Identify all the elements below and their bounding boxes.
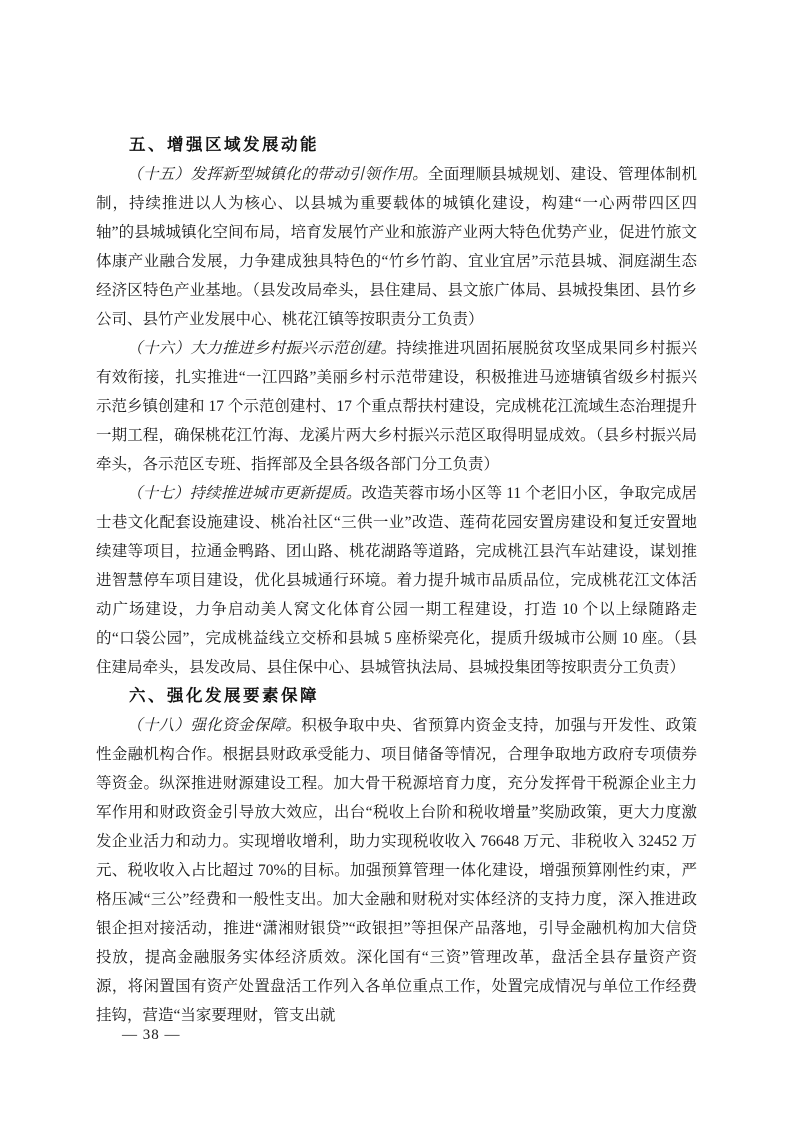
paragraph-17: （十七）持续推进城市更新提质。改造芙蓉市场小区等 11 个老旧小区，争取完成居士… xyxy=(96,479,697,682)
paragraph-18-lead: （十八）强化资金保障。 xyxy=(127,717,301,734)
paragraph-16: （十六）大力推进乡村振兴示范创建。持续推进巩固拓展脱贫攻坚成果同乡村振兴有效衔接… xyxy=(96,334,697,479)
page-number: — 38 — xyxy=(122,1022,181,1048)
section-heading-6: 六、强化发展要素保障 xyxy=(96,682,697,711)
paragraph-16-body: 持续推进巩固拓展脱贫攻坚成果同乡村振兴有效衔接，扎实推进“一江四路”美丽乡村示范… xyxy=(96,340,697,473)
paragraph-17-body: 改造芙蓉市场小区等 11 个老旧小区，争取完成居士巷文化配套设施建设、桃冶社区“… xyxy=(96,485,697,676)
paragraph-15: （十五）发挥新型城镇化的带动引领作用。全面理顺县城规划、建设、管理体制机制，持续… xyxy=(96,160,697,334)
document-page: 五、增强区域发展动能 （十五）发挥新型城镇化的带动引领作用。全面理顺县城规划、建… xyxy=(0,0,793,1122)
paragraph-18: （十八）强化资金保障。积极争取中央、省预算内资金支持，加强与开发性、政策性金融机… xyxy=(96,711,697,1030)
document-body: 五、增强区域发展动能 （十五）发挥新型城镇化的带动引领作用。全面理顺县城规划、建… xyxy=(96,131,697,1030)
paragraph-17-lead: （十七）持续推进城市更新提质。 xyxy=(127,485,362,502)
paragraph-16-lead: （十六）大力推进乡村振兴示范创建。 xyxy=(127,340,396,357)
paragraph-15-lead: （十五）发挥新型城镇化的带动引领作用。 xyxy=(127,166,428,183)
paragraph-18-body: 积极争取中央、省预算内资金支持，加强与开发性、政策性金融机构合作。根据县财政承受… xyxy=(96,717,697,1024)
section-heading-5: 五、增强区域发展动能 xyxy=(96,131,697,160)
paragraph-15-body: 全面理顺县城规划、建设、管理体制机制，持续推进以人为核心、以县城为重要载体的城镇… xyxy=(96,166,697,328)
